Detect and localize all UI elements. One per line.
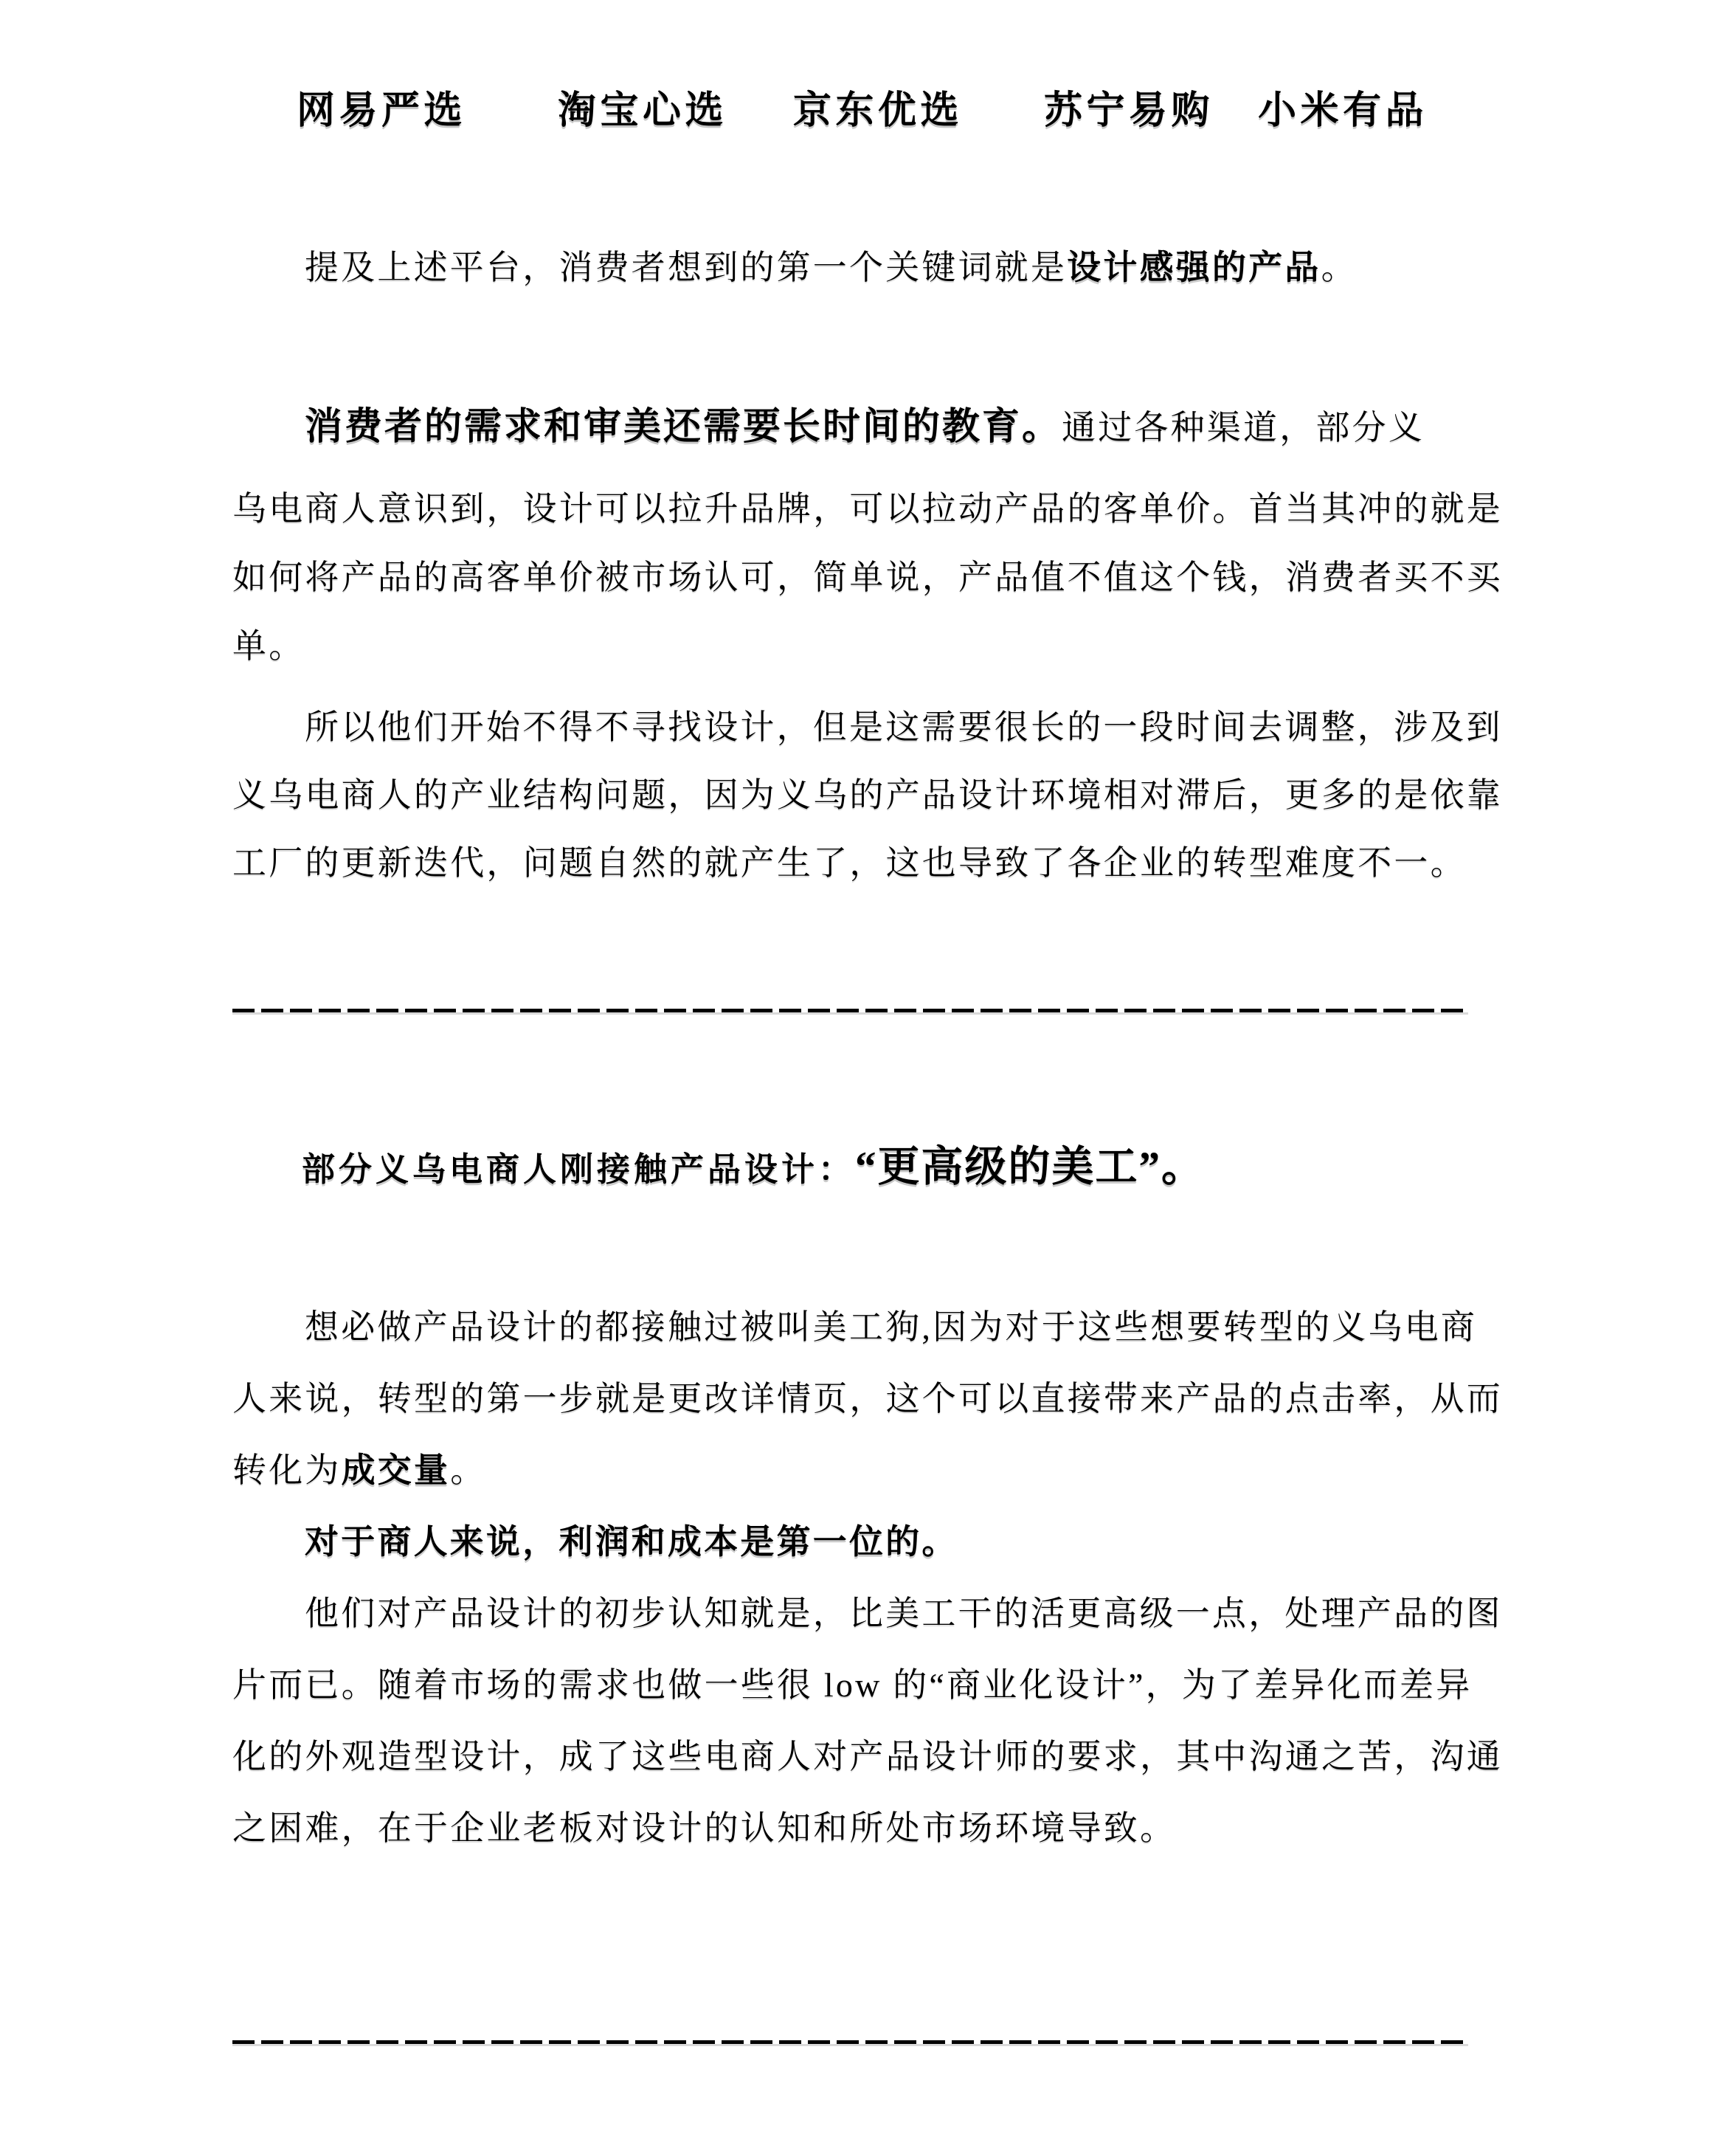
platform-brand: 网易严选 (297, 89, 466, 134)
platform-brand: 淘宝心选 (558, 89, 727, 134)
section-heading-prefix: 部分义乌电商人刚接触产品设计： (302, 1150, 855, 1188)
platform-brand: 苏宁易购 (1044, 89, 1214, 134)
conversion-bold-keyword: 成交量 (342, 1451, 451, 1489)
intro-period: 。 (1321, 249, 1358, 286)
paragraph-line: 单。 (232, 612, 1520, 680)
platform-brand: 小米有品 (1258, 89, 1428, 134)
profit-bold-line: 对于商人来说，利润和成本是第一位的。 (232, 1506, 1520, 1578)
conversion-period: 。 (450, 1451, 486, 1489)
section-heading: 部分义乌电商人刚接触产品设计：“更高级的美工”。 (232, 1139, 1520, 1206)
intro-bold-keyword: 设计感强的产品 (1067, 249, 1321, 286)
document-page: 网易严选 淘宝心选 京东优选 苏宁易购 小米有品 提及上述平台，消费者想到的第一… (0, 0, 1736, 2148)
paragraph-line: 如何将产品的高客单价被市场认可，简单说，产品值不值这个钱，消费者买不买 (232, 543, 1520, 612)
paragraph-line: 他们对产品设计的初步认知就是，比美工干的活更高级一点，处理产品的图 (232, 1578, 1520, 1649)
education-line1-rest: 通过各种渠道，部分义 (1062, 409, 1425, 446)
platform-brand: 京东优选 (793, 89, 963, 134)
paragraph-line: 人来说，转型的第一步就是更改详情页，这个可以直接带来产品的点击率，从而 (232, 1363, 1520, 1434)
intro-text: 提及上述平台，消费者想到的第一个关键词就是 (305, 249, 1067, 286)
paragraph-line: 想必做产品设计的都接触过被叫美工狗,因为对于这些想要转型的义乌电商 (232, 1291, 1520, 1363)
intro-paragraph: 提及上述平台，消费者想到的第一个关键词就是设计感强的产品。 (232, 233, 1520, 302)
paragraph-line: 化的外观造型设计，成了这些电商人对产品设计师的要求，其中沟通之苦，沟通 (232, 1721, 1520, 1792)
lower-text-group: 想必做产品设计的都接触过被叫美工狗,因为对于这些想要转型的义乌电商 人来说，转型… (232, 1291, 1520, 1864)
paragraph-line: 片而已。随着市场的需求也做一些很 low 的“商业化设计”，为了差异化而差异 (232, 1649, 1520, 1721)
paragraph-line: 转化为成交量。 (232, 1434, 1520, 1506)
section-heading-quote: “更高级的美工”。 (855, 1144, 1205, 1190)
paragraph-line: 义乌电商人的产业结构问题，因为义乌的产品设计环境相对滞后，更多的是依靠 (232, 762, 1520, 829)
paragraph-line: 提及上述平台，消费者想到的第一个关键词就是设计感强的产品。 (232, 233, 1520, 302)
paragraph-line: 工厂的更新迭代，问题自然的就产生了，这也导致了各企业的转型难度不一。 (232, 829, 1520, 897)
education-lead-bold: 消费者的需求和审美还需要长时间的教育。 (305, 407, 1062, 448)
divider-line (232, 1009, 1468, 1012)
paragraph-line: 之困难，在于企业老板对设计的认知和所处市场环境导致。 (232, 1792, 1520, 1864)
education-paragraph: 消费者的需求和审美还需要长时间的教育。通过各种渠道，部分义 乌电商人意识到，设计… (232, 381, 1520, 680)
transition-paragraph: 所以他们开始不得不寻找设计，但是这需要很长的一段时间去调整，涉及到 义乌电商人的… (232, 694, 1520, 897)
paragraph-line: 消费者的需求和审美还需要长时间的教育。通过各种渠道，部分义 (232, 381, 1520, 474)
platform-brands-row: 网易严选 淘宝心选 京东优选 苏宁易购 小米有品 (297, 89, 1428, 134)
paragraph-line: 乌电商人意识到，设计可以拉升品牌，可以拉动产品的客单价。首当其冲的就是 (232, 474, 1520, 543)
conversion-prefix: 转化为 (232, 1451, 342, 1489)
paragraph-line: 所以他们开始不得不寻找设计，但是这需要很长的一段时间去调整，涉及到 (232, 694, 1520, 762)
divider-line (232, 2040, 1468, 2044)
